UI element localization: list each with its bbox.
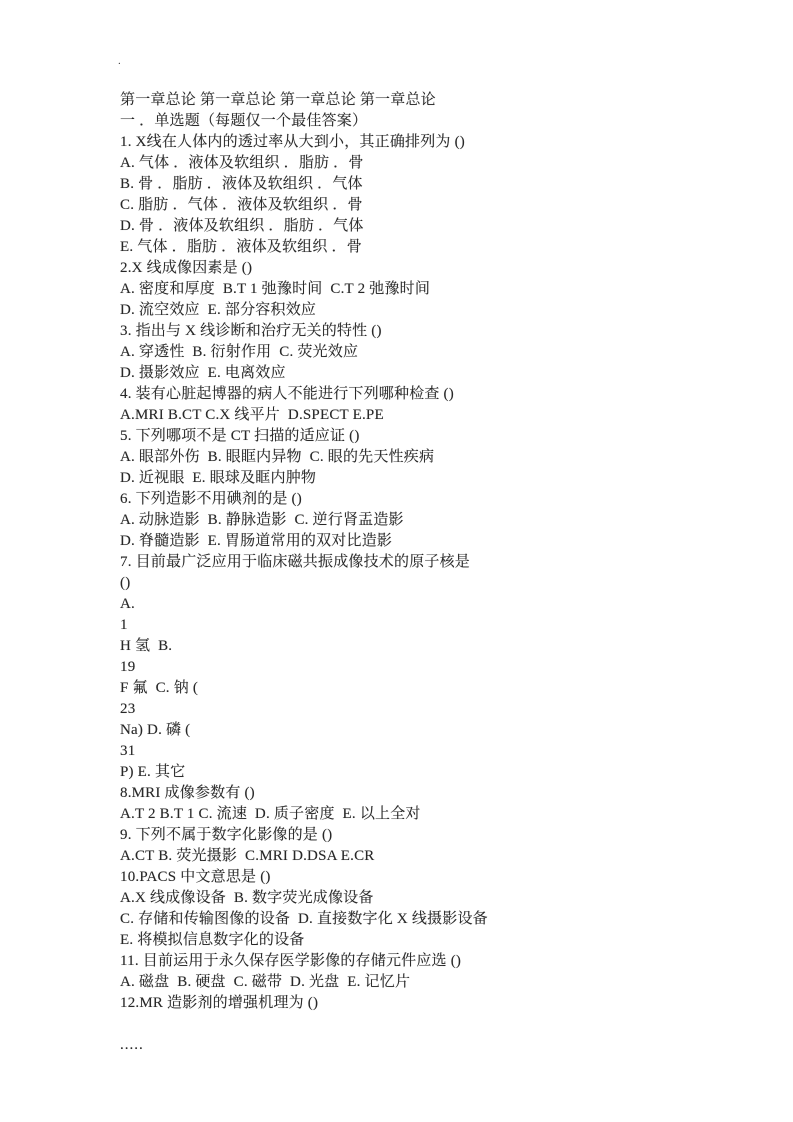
text-line: A. — [120, 594, 700, 615]
question-lines: 1. X线在人体内的透过率从大到小，其正确排列为 ()A. 气体 ．液体及软组织… — [120, 132, 700, 1014]
trailing-ellipsis: ..... — [120, 1035, 700, 1056]
text-line: A.CT B. 荧光摄影 C.MRI D.DSA E.CR — [120, 846, 700, 867]
text-line: P) E. 其它 — [120, 762, 700, 783]
text-line: A.X 线成像设备 B. 数字荧光成像设备 — [120, 888, 700, 909]
text-line: H 氢 B. — [120, 636, 700, 657]
text-line: A. 穿透性 B. 衍射作用 C. 荧光效应 — [120, 342, 700, 363]
text-line: 2.X 线成像因素是 () — [120, 258, 700, 279]
text-line: B. 骨 ．脂肪 ．液体及软组织 ．气体 — [120, 174, 700, 195]
text-line: A. 动脉造影 B. 静脉造影 C. 逆行肾盂造影 — [120, 510, 700, 531]
text-line: Na) D. 磷 ( — [120, 720, 700, 741]
text-line: 9. 下列不属于数字化影像的是 () — [120, 825, 700, 846]
text-line: D. 流空效应 E. 部分容积效应 — [120, 300, 700, 321]
text-line: A.MRI B.CT C.X 线平片 D.SPECT E.PE — [120, 405, 700, 426]
text-line: A. 眼部外伤 B. 眼眶内异物 C. 眼的先天性疾病 — [120, 447, 700, 468]
text-line: 31 — [120, 741, 700, 762]
text-line: () — [120, 573, 700, 594]
text-line: A.T 2 B.T 1 C. 流速 D. 质子密度 E. 以上全对 — [120, 804, 700, 825]
section-heading: 一 ．单选题（每题仅一个最佳答案） — [120, 111, 700, 132]
text-line: C. 脂肪 ．气体 ．液体及软组织 ．骨 — [120, 195, 700, 216]
text-line: E. 将模拟信息数字化的设备 — [120, 930, 700, 951]
text-line: 8.MRI 成像参数有 () — [120, 783, 700, 804]
document-page: . 第一章总论 第一章总论 第一章总论 第一章总论 一 ．单选题（每题仅一个最佳… — [0, 0, 793, 1122]
text-line: 3. 指出与 X 线诊断和治疗无关的特性 () — [120, 321, 700, 342]
text-line: C. 存储和传输图像的设备 D. 直接数字化 X 线摄影设备 — [120, 909, 700, 930]
chapter-heading: 第一章总论 第一章总论 第一章总论 第一章总论 — [120, 90, 700, 111]
text-line: 1 — [120, 615, 700, 636]
text-line: 19 — [120, 657, 700, 678]
text-line: D. 骨 ．液体及软组织 ．脂肪 ．气体 — [120, 216, 700, 237]
document-body: 第一章总论 第一章总论 第一章总论 第一章总论 一 ．单选题（每题仅一个最佳答案… — [120, 90, 700, 1056]
stray-period-mark: . — [118, 56, 121, 67]
text-line: 23 — [120, 699, 700, 720]
text-line: A. 密度和厚度 B.T 1 弛豫时间 C.T 2 弛豫时间 — [120, 279, 700, 300]
text-line: F 氟 C. 钠 ( — [120, 678, 700, 699]
text-line: D. 脊髓造影 E. 胃肠道常用的双对比造影 — [120, 531, 700, 552]
text-line: A. 气体 ．液体及软组织 ．脂肪 ．骨 — [120, 153, 700, 174]
text-line: 5. 下列哪项不是 CT 扫描的适应证 () — [120, 426, 700, 447]
text-line: A. 磁盘 B. 硬盘 C. 磁带 D. 光盘 E. 记忆片 — [120, 972, 700, 993]
text-line: 7. 目前最广泛应用于临床磁共振成像技术的原子核是 — [120, 552, 700, 573]
text-line: 10.PACS 中文意思是 () — [120, 867, 700, 888]
text-line: E. 气体 ．脂肪 ．液体及软组织 ．骨 — [120, 237, 700, 258]
text-line: D. 近视眼 E. 眼球及眶内肿物 — [120, 468, 700, 489]
text-line: 12.MR 造影剂的增强机理为 () — [120, 993, 700, 1014]
text-line: 1. X线在人体内的透过率从大到小，其正确排列为 () — [120, 132, 700, 153]
text-line: D. 摄影效应 E. 电离效应 — [120, 363, 700, 384]
text-line: 6. 下列造影不用碘剂的是 () — [120, 489, 700, 510]
text-line: 4. 装有心脏起博器的病人不能进行下列哪种检查 () — [120, 384, 700, 405]
text-line: 11. 目前运用于永久保存医学影像的存储元件应选 () — [120, 951, 700, 972]
